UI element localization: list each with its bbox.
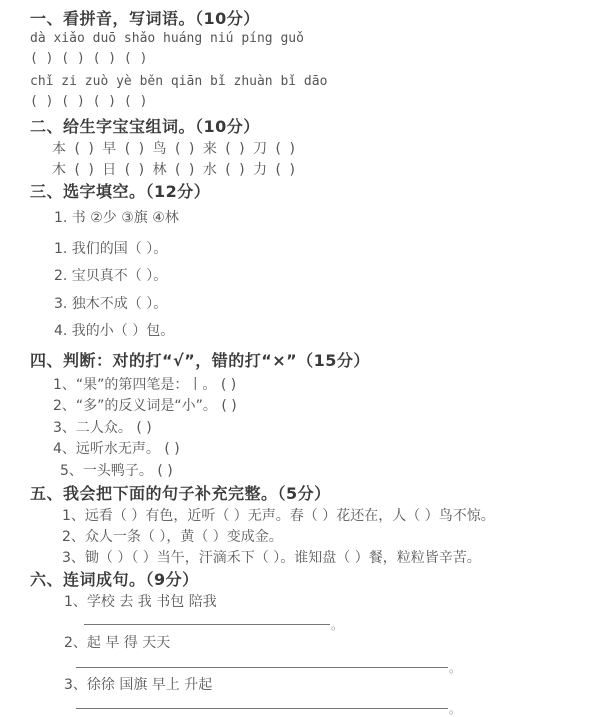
blank-row-2[interactable]: ( ) ( ) ( ) ( ) (30, 94, 147, 109)
complete-item[interactable]: 3、锄（ ）（ ）当午，汗滴禾下（ ）。谁知盘（ ）餐，粒粒皆辛苦。 (62, 547, 481, 567)
section-1-title: 一、看拼音，写词语。（10分） (30, 6, 260, 29)
options-list: 1. 书 ②少 ③旗 ④林 (54, 207, 179, 227)
section-5-title: 五、我会把下面的句子补充完整。（5分） (30, 481, 331, 504)
fill-item[interactable]: 3. 独木不成（ ）。 (54, 293, 167, 313)
sentence-item: 1、学校 去 我 书包 陪我 (64, 591, 217, 611)
sentence-item: 3、徐徐 国旗 早上 升起 (64, 674, 212, 694)
sentence-item: 2、起 早 得 天天 (64, 632, 170, 652)
period-mark: 。 (449, 700, 461, 717)
word-row-1[interactable]: 本 ( ) 早 ( ) 鸟 ( ) 来 ( ) 刀 ( ) (52, 138, 295, 158)
answer-line[interactable] (76, 708, 448, 709)
word-row-2[interactable]: 木 ( ) 日 ( ) 林 ( ) 水 ( ) 力 ( ) (52, 159, 295, 179)
fill-item[interactable]: 2. 宝贝真不（ ）。 (54, 265, 167, 285)
complete-item[interactable]: 2、众人一条（ ），黄（ ）变成金。 (62, 526, 283, 546)
section-4-title: 四、判断：对的打“√”，错的打“×”（15分） (30, 348, 370, 371)
section-2-title: 二、给生字宝宝组词。（10分） (30, 114, 260, 137)
period-mark: 。 (331, 616, 343, 633)
section-6-title: 六、连词成句。（9分） (30, 567, 199, 590)
fill-item[interactable]: 4. 我的小（ ）包。 (54, 320, 174, 340)
answer-line[interactable] (76, 667, 448, 668)
blank-row-1[interactable]: ( ) ( ) ( ) ( ) (30, 51, 147, 66)
section-3-title: 三、选字填空。（12分） (30, 179, 210, 202)
pinyin-row-1: dà xiǎo duō shǎo huáng niú píng guǒ (30, 31, 304, 46)
judge-item[interactable]: 3、二人众。 ( ) (53, 417, 152, 437)
fill-item[interactable]: 1. 我们的国（ ）。 (54, 238, 167, 258)
judge-item[interactable]: 4、远听水无声。 ( ) (53, 438, 180, 458)
complete-item[interactable]: 1、远看（ ）有色，近听（ ）无声。春（ ）花还在，人（ ）鸟不惊。 (62, 505, 495, 525)
judge-item[interactable]: 1、“果”的第四笔是：丨。 ( ) (53, 374, 236, 394)
answer-line[interactable] (84, 624, 330, 625)
period-mark: 。 (449, 659, 461, 676)
judge-item[interactable]: 2、“多”的反义词是“小”。 ( ) (53, 395, 237, 415)
judge-item[interactable]: 5、一头鸭子。 ( ) (60, 460, 173, 480)
pinyin-row-2: chǐ zi zuò yè běn qiān bǐ zhuàn bǐ dāo (30, 74, 327, 89)
